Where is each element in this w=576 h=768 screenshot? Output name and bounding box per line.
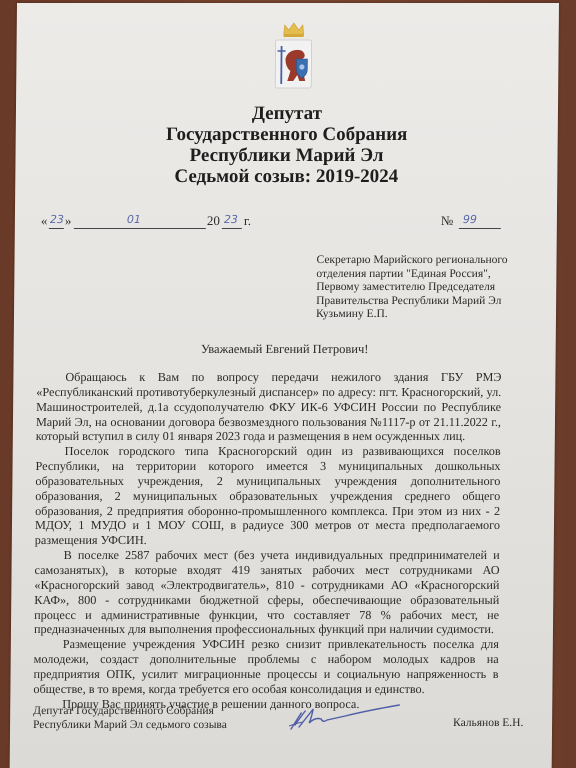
document-number: 99 <box>463 213 477 226</box>
number-underline <box>459 228 501 229</box>
signer-position-line-2: Республики Марий Эл седьмого созыва <box>33 718 227 732</box>
header-line-3: Республики Марий Эл <box>15 145 557 166</box>
letterhead: Депутат Государственного Собрания Респуб… <box>15 103 558 187</box>
year-underline <box>222 228 242 229</box>
paragraph: Размещение учреждения УФСИН резко снизит… <box>33 637 499 696</box>
header-line-2: Государственного Собрания <box>16 124 558 145</box>
letter-body: Обращаюсь к Вам по вопросу передачи нежи… <box>33 370 501 711</box>
salutation: Уважаемый Евгений Петрович! <box>14 342 556 357</box>
date-close-quote: » <box>65 213 72 229</box>
recipient-line: Секретарю Марийского регионального <box>316 254 507 268</box>
month-underline <box>74 228 206 229</box>
header-line-1: Депутат <box>16 103 558 124</box>
signer-name: Кальянов Е.Н. <box>453 716 523 730</box>
paragraph: Поселок городского типа Красногорский од… <box>35 444 501 548</box>
recipient-line: Кузьмину Е.П. <box>316 308 507 322</box>
coat-of-arms-icon <box>271 21 316 91</box>
number-label: № <box>441 213 454 229</box>
date-year-prefix: 20 <box>207 213 220 229</box>
date-year-suffix: 23 <box>224 213 238 226</box>
signature-icon <box>287 699 417 733</box>
recipient-line: отделения партии "Единая Россия", <box>316 268 507 282</box>
day-underline <box>49 228 64 229</box>
date-day: 23 <box>50 213 64 226</box>
signer-position: Депутат Государственного Собрания Респуб… <box>33 704 227 732</box>
recipient-line: Правительства Республики Марий Эл <box>316 295 507 309</box>
header-line-4: Седьмой созыв: 2019-2024 <box>15 166 557 187</box>
paragraph: В поселке 2587 рабочих мест (без учета и… <box>34 548 500 637</box>
letter-page: Депутат Государственного Собрания Респуб… <box>10 3 559 768</box>
crown-icon <box>284 23 304 37</box>
date-open-quote: « <box>41 213 48 229</box>
paragraph: Обращаюсь к Вам по вопросу передачи нежи… <box>36 370 502 444</box>
date-year-unit: г. <box>244 213 251 229</box>
signer-position-line-1: Депутат Государственного Собрания <box>33 704 227 718</box>
date-month: 01 <box>127 213 141 226</box>
recipient-line: Первому заместителю Председателя <box>316 281 507 295</box>
date-line: « 23 » 01 20 23 г. № 99 <box>41 213 557 233</box>
recipient-block: Секретарю Марийского регионального отдел… <box>316 254 508 322</box>
